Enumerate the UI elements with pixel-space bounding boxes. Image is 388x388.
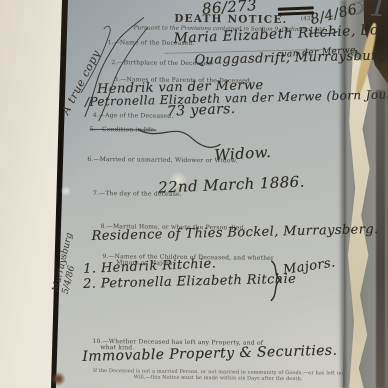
condition-flourish <box>135 123 225 156</box>
field-4-value: 73 years. <box>167 101 236 120</box>
field-7-value: 22nd March 1886. <box>158 172 305 196</box>
page-content: 86/273 313 (43) 8/4/86 DEATH NOTICE. Pur… <box>0 0 388 388</box>
footer-fine-print: If the Deceased is not a married Person,… <box>90 369 346 383</box>
death-notice-photo: 86/273 313 (43) 8/4/86 DEATH NOTICE. Pur… <box>0 0 388 388</box>
field-6-value: Widow. <box>214 143 272 164</box>
marginalia-squiggle <box>79 13 150 124</box>
children-brace <box>267 259 283 303</box>
children-brace-note: Majors. <box>282 255 336 278</box>
page-title: DEATH NOTICE. <box>168 13 294 26</box>
vertical-marginalia-note: Murraysburg 5/4/86 <box>51 232 85 295</box>
